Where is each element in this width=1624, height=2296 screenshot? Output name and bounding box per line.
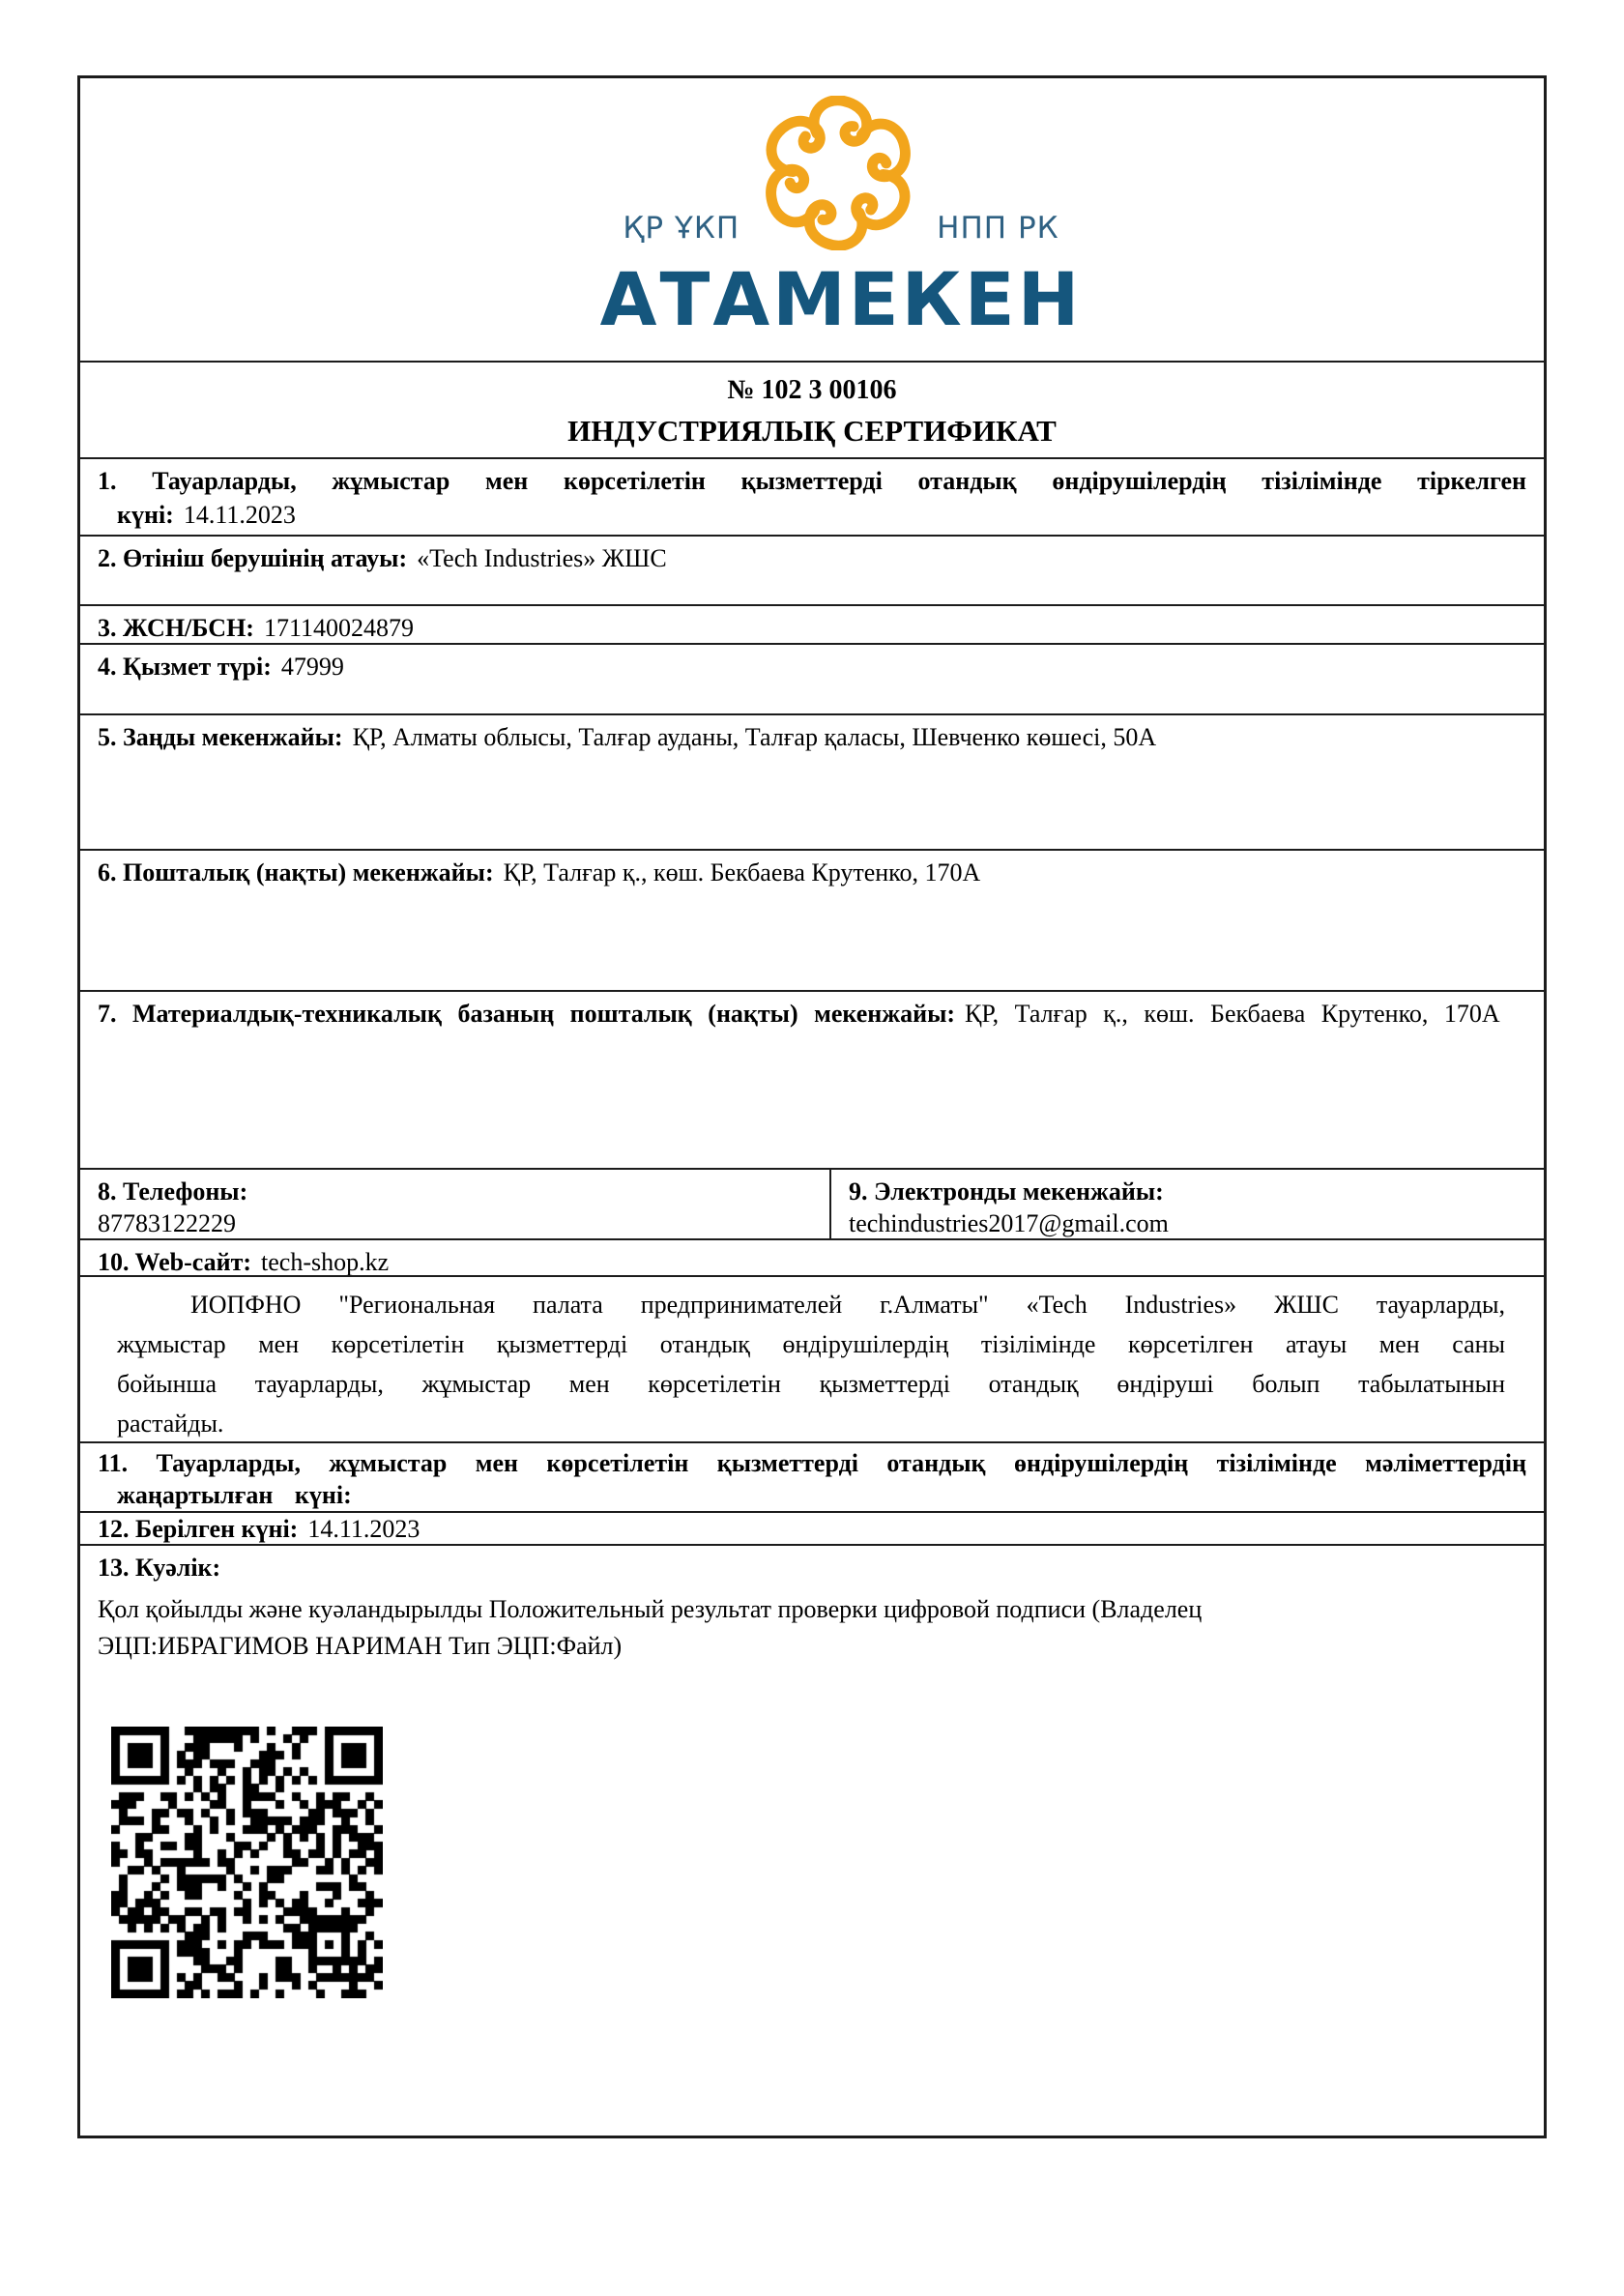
- field-continuation: күні:14.11.2023: [98, 499, 1526, 531]
- field-value: techindustries2017@gmail.com: [849, 1207, 1526, 1239]
- title-section: № 102 3 00106 ИНДУСТРИЯЛЫҚ СЕРТИФИКАТ: [80, 363, 1544, 459]
- field-row-attestation: 13. Куәлік: Қол қойылды және куәландырыл…: [80, 1546, 1544, 2136]
- field-row-bin: 3. ЖСН/БСН:171140024879: [80, 606, 1544, 645]
- field-label: 11. Тауарларды, жұмыстар мен көрсетілеті…: [98, 1447, 1526, 1511]
- field-row-legal-address: 5. Заңды мекенжайы:ҚР, Алматы облысы, Та…: [80, 715, 1544, 851]
- field-label: 12. Берілген күні:: [98, 1515, 298, 1543]
- field-label-tail: күні:: [117, 501, 174, 529]
- certificate-sheet: ҚР ҰКП НПП РК АТАМЕКЕН № 102 3 00106: [77, 75, 1547, 2138]
- field-value: ҚР, Алматы облысы, Талғар ауданы, Талғар…: [353, 723, 1157, 751]
- field-value: 87783122229: [98, 1207, 812, 1239]
- field-label: 13. Куәлік:: [98, 1552, 1526, 1584]
- field-label: 9. Электронды мекенжайы:: [849, 1176, 1526, 1207]
- atameken-ornament-icon: [765, 96, 912, 250]
- signature-verification-text: Қол қойылды және куәландырылды Положител…: [98, 1591, 1258, 1665]
- field-value: 14.11.2023: [184, 501, 296, 529]
- field-value: tech-shop.kz: [261, 1248, 389, 1276]
- field-label: 6. Пошталық (нақты) мекенжайы:: [98, 858, 494, 886]
- field-row-issued-date: 12. Берілген күні:14.11.2023: [80, 1513, 1544, 1546]
- field-row-registered-date: 1. Тауарларды, жұмыстар мен көрсетілетін…: [80, 459, 1544, 537]
- confirmation-paragraph-section: ИОПФНО "Региональная палата предпринимат…: [80, 1277, 1544, 1443]
- field-value: 47999: [281, 653, 344, 681]
- page: { "colors": { "orange": "#F2A51C", "bran…: [0, 0, 1624, 2296]
- field-label: 3. ЖСН/БСН:: [98, 614, 254, 642]
- field-value: «Tech Industries» ЖШС: [417, 544, 667, 572]
- certificate-title: ИНДУСТРИЯЛЫҚ СЕРТИФИКАТ: [98, 413, 1526, 450]
- field-label: 7. Материалдық-техникалық базаның поштал…: [98, 1000, 955, 1028]
- field-row-updated-date: 11. Тауарларды, жұмыстар мен көрсетілеті…: [80, 1443, 1544, 1513]
- field-row-base-postal-address: 7. Материалдық-техникалық базаның поштал…: [80, 992, 1544, 1170]
- field-value: ҚР, Талғар қ., көш. Бекбаева Крутенко, 1…: [965, 1000, 1500, 1028]
- field-label: 1. Тауарларды, жұмыстар мен көрсетілетін…: [98, 465, 1526, 497]
- field-value: ҚР, Талғар қ., көш. Бекбаева Крутенко, 1…: [504, 858, 981, 886]
- field-row-website: 10. Web-сайт:tech-shop.kz: [80, 1240, 1544, 1277]
- qr-code: [111, 1727, 383, 1998]
- logo-brand-text: АТАМЕКЕН: [109, 262, 1544, 337]
- field-label: 8. Телефоны:: [98, 1176, 812, 1207]
- confirmation-paragraph: ИОПФНО "Региональная палата предпринимат…: [117, 1285, 1505, 1443]
- certificate-number: № 102 3 00106: [98, 374, 1526, 407]
- contacts-row: 8. Телефоны: 87783122229 9. Электронды м…: [80, 1170, 1544, 1240]
- field-row-activity-type: 4. Қызмет түрі:47999: [80, 645, 1544, 715]
- phones-cell: 8. Телефоны: 87783122229: [80, 1170, 829, 1238]
- field-label: 10. Web-сайт:: [98, 1248, 251, 1276]
- logo-left-abbr: ҚР ҰКП: [623, 213, 739, 245]
- logo-section: ҚР ҰКП НПП РК АТАМЕКЕН: [80, 78, 1544, 363]
- field-label: 2. Өтініш берушінің атауы:: [98, 544, 407, 572]
- field-row-applicant-name: 2. Өтініш берушінің атауы:«Tech Industri…: [80, 537, 1544, 606]
- field-value: 171140024879: [264, 614, 414, 642]
- field-label: 5. Заңды мекенжайы:: [98, 723, 343, 751]
- logo-block: ҚР ҰКП НПП РК АТАМЕКЕН: [109, 78, 1544, 337]
- field-value: 14.11.2023: [307, 1515, 420, 1543]
- field-label: 4. Қызмет түрі:: [98, 653, 272, 681]
- email-cell: 9. Электронды мекенжайы: techindustries2…: [829, 1170, 1544, 1238]
- logo-right-abbr: НПП РК: [937, 213, 1059, 245]
- field-row-postal-address: 6. Пошталық (нақты) мекенжайы:ҚР, Талғар…: [80, 851, 1544, 992]
